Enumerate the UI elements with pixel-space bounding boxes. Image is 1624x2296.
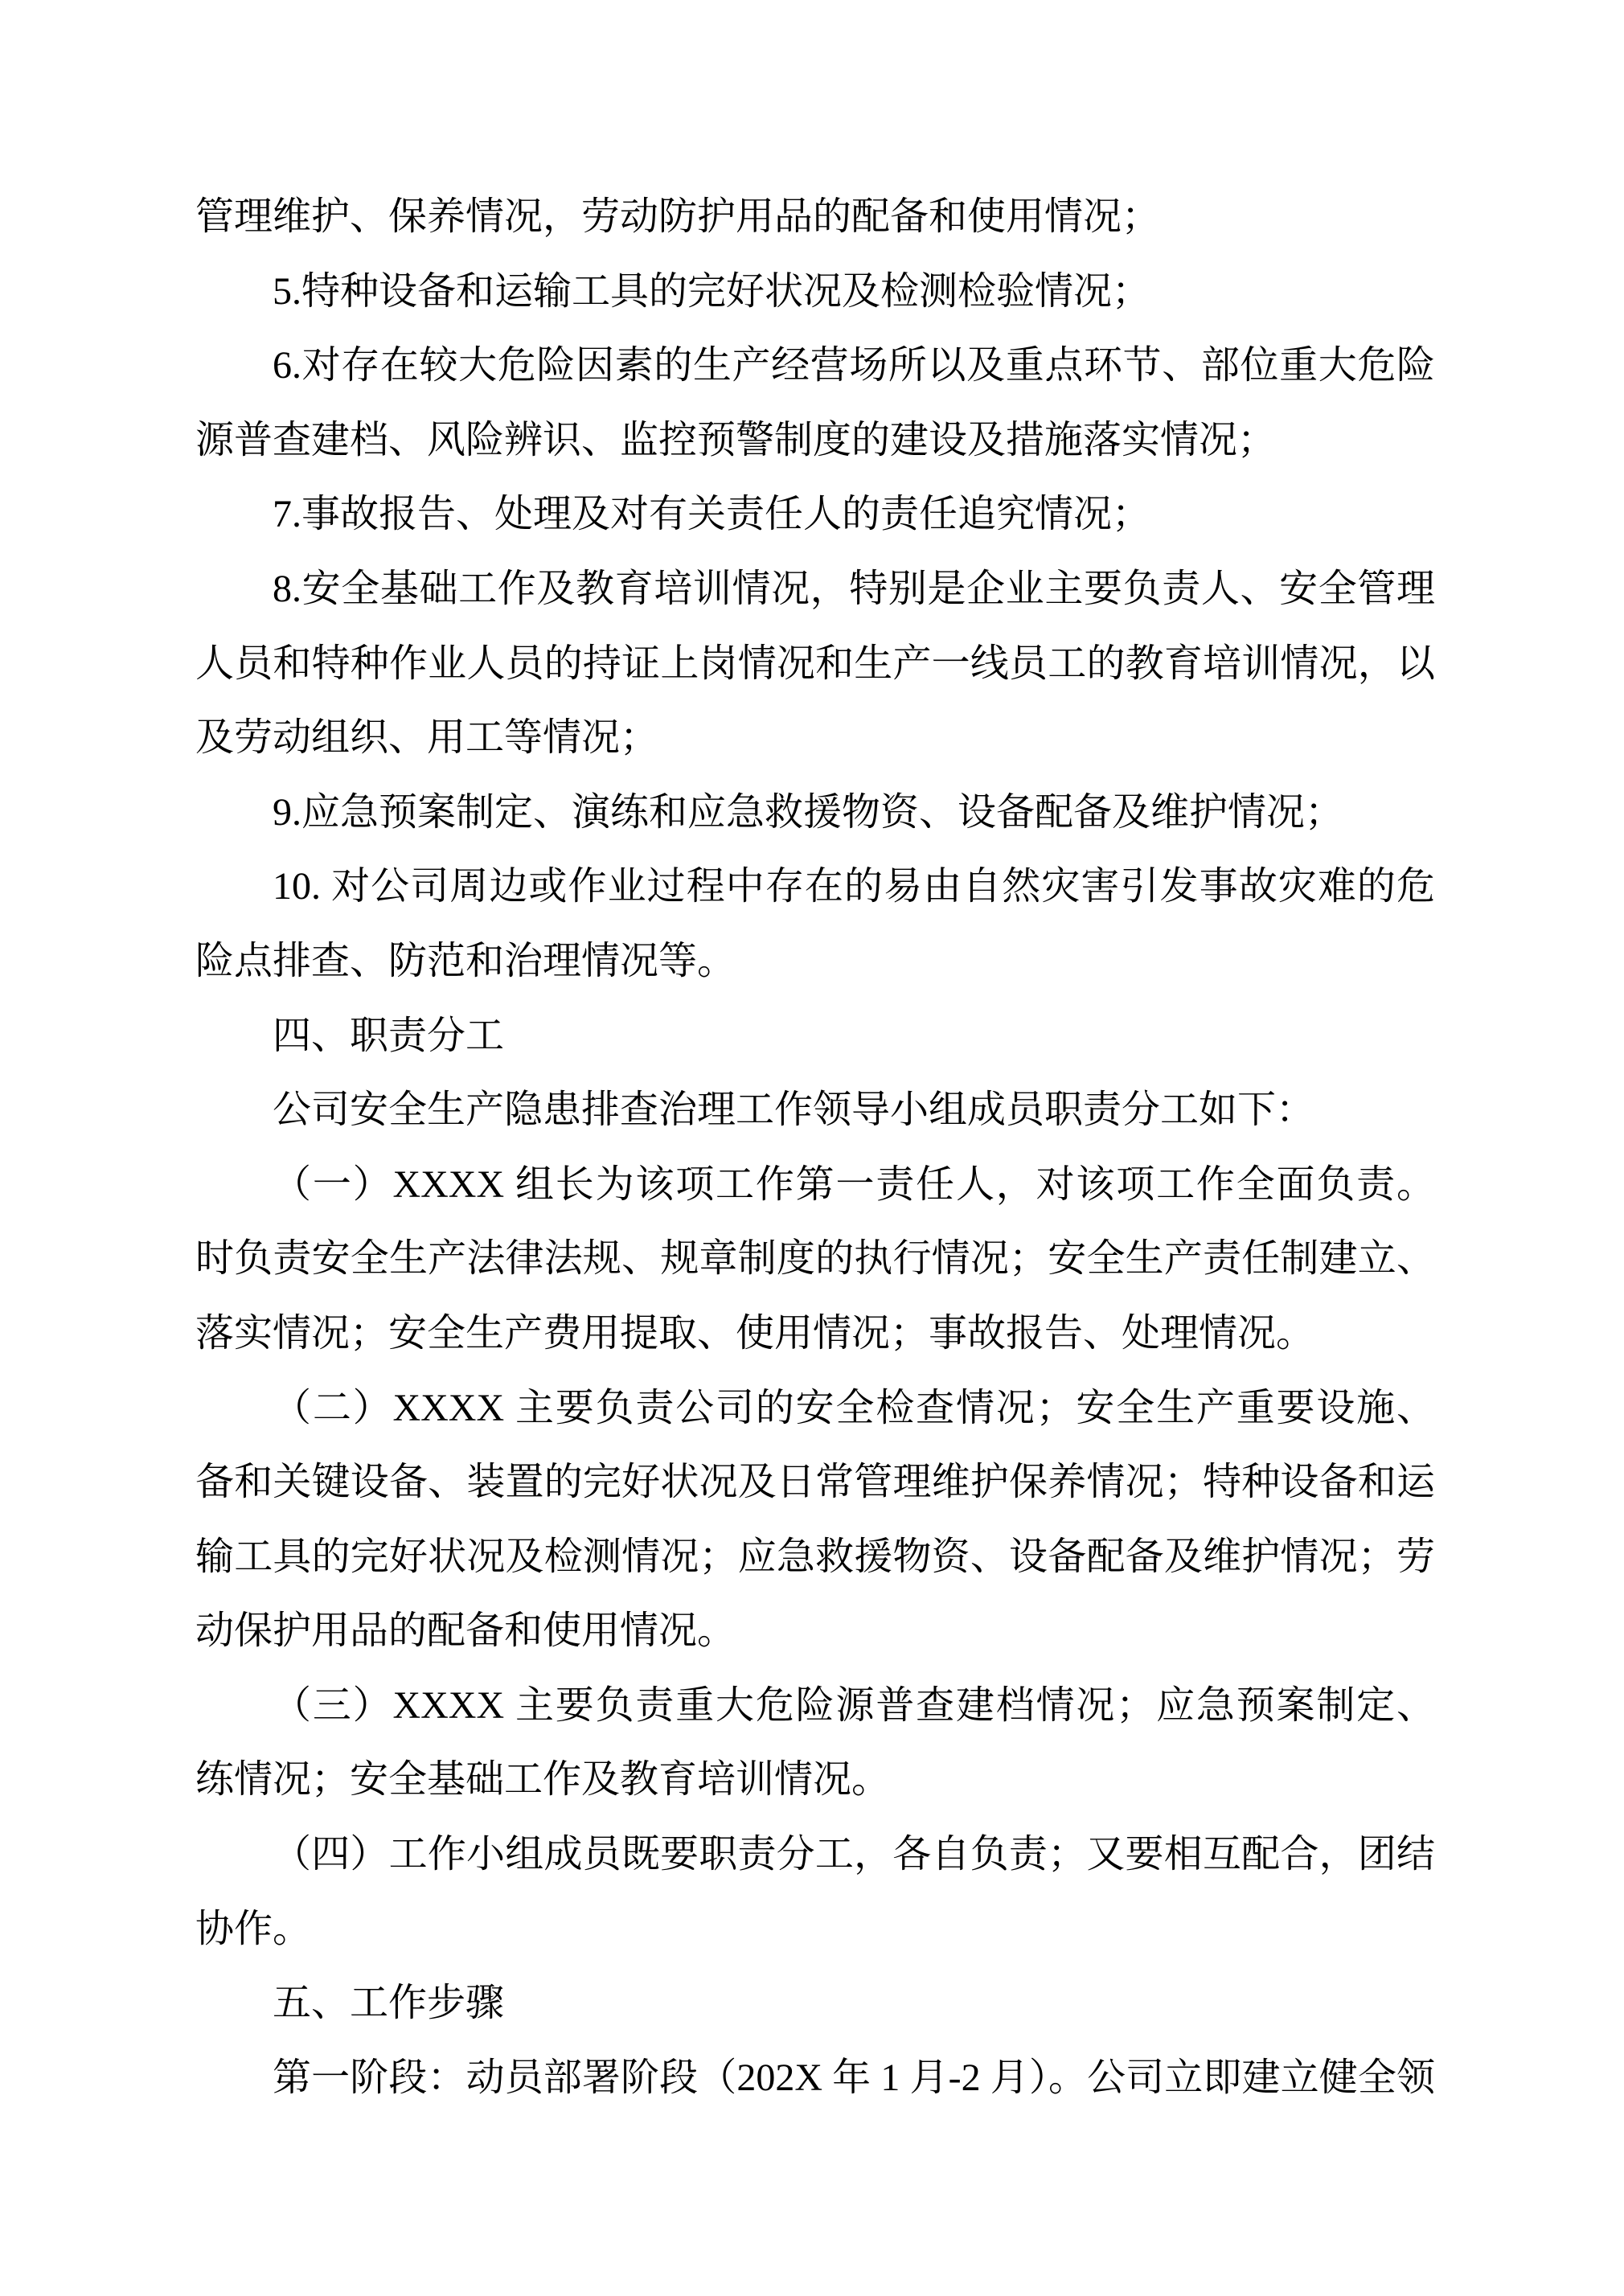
text-line: 落实情况；安全生产费用提取、使用情况；事故报告、处理情况。 <box>195 1297 1435 1371</box>
text-line: 5.特种设备和运输工具的完好状况及检测检验情况； <box>195 255 1435 330</box>
text-line: 6.对存在较大危险因素的生产经营场所以及重点环节、部位重大危险 <box>195 329 1435 404</box>
text-line: 10. 对公司周边或作业过程中存在的易由自然灾害引发事故灾难的危 <box>195 850 1435 925</box>
document-text-block: 管理维护、保养情况，劳动防护用品的配备和使用情况；5.特种设备和运输工具的完好状… <box>195 180 1435 2115</box>
text-line: （三）XXXX 主要负责重大危险源普查建档情况；应急预案制定、演 <box>195 1669 1435 1744</box>
text-line: 五、工作步骤 <box>195 1966 1435 2041</box>
text-line: 8.安全基础工作及教育培训情况，特别是企业主要负责人、安全管理 <box>195 552 1435 627</box>
text-line: 时负责安全生产法律法规、规章制度的执行情况；安全生产责任制建立、 <box>195 1222 1435 1297</box>
document-page: 管理维护、保养情况，劳动防护用品的配备和使用情况；5.特种设备和运输工具的完好状… <box>0 0 1624 2296</box>
text-line: （四）工作小组成员既要职责分工，各自负责；又要相互配合，团结 <box>195 1818 1435 1892</box>
text-line: 练情况；安全基础工作及教育培训情况。 <box>195 1743 1435 1818</box>
text-line: 输工具的完好状况及检测情况；应急救援物资、设备配备及维护情况；劳 <box>195 1520 1435 1595</box>
text-line: 9.应急预案制定、演练和应急救援物资、设备配备及维护情况； <box>195 776 1435 851</box>
text-line: （二）XXXX 主要负责公司的安全检查情况；安全生产重要设施、装 <box>195 1371 1435 1446</box>
text-line: 第一阶段：动员部署阶段（202X 年 1 月-2 月）。公司立即建立健全领 <box>195 2041 1435 2116</box>
text-line: 协作。 <box>195 1892 1435 1967</box>
text-line: 公司安全生产隐患排查治理工作领导小组成员职责分工如下： <box>195 1073 1435 1148</box>
text-line: 备和关键设备、装置的完好状况及日常管理维护保养情况；特种设备和运 <box>195 1445 1435 1520</box>
text-line: 源普查建档、风险辨识、监控预警制度的建设及措施落实情况； <box>195 404 1435 478</box>
text-line: 动保护用品的配备和使用情况。 <box>195 1594 1435 1669</box>
text-line: 四、职责分工 <box>195 999 1435 1074</box>
text-line: （一）XXXX 组长为该项工作第一责任人，对该项工作全面负责。同 <box>195 1148 1435 1223</box>
text-line: 管理维护、保养情况，劳动防护用品的配备和使用情况； <box>195 180 1435 255</box>
text-line: 险点排查、防范和治理情况等。 <box>195 925 1435 999</box>
text-line: 及劳动组织、用工等情况； <box>195 701 1435 776</box>
text-line: 人员和特种作业人员的持证上岗情况和生产一线员工的教育培训情况，以 <box>195 627 1435 702</box>
text-line: 7.事故报告、处理及对有关责任人的责任追究情况； <box>195 478 1435 552</box>
